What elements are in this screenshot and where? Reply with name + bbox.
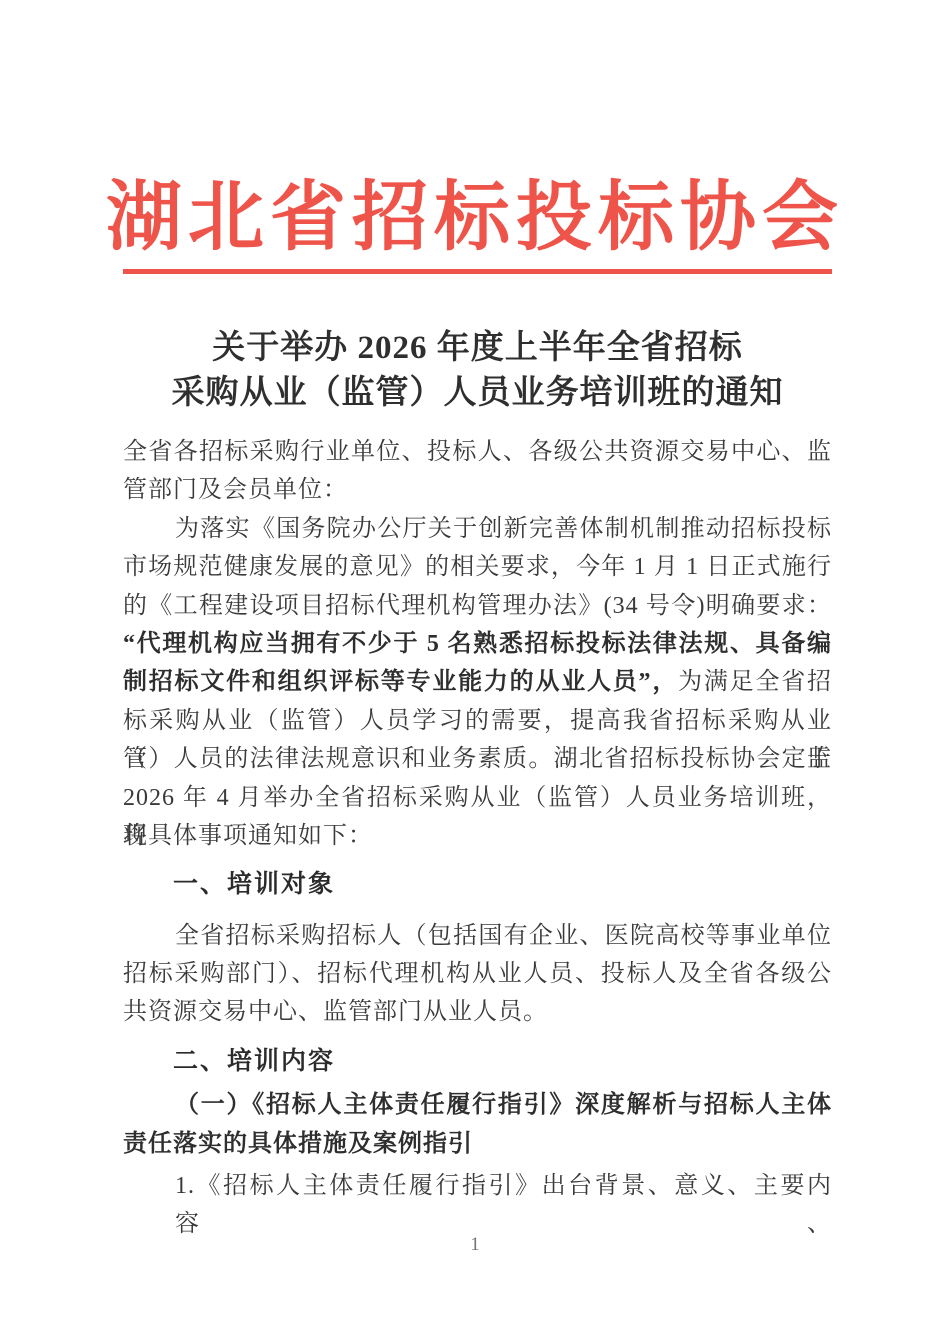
- quote-segment: 制招标文件和组织评标等专业能力的从业人员”，: [123, 669, 678, 695]
- document-page: 湖北省招标投标协会 关于举办 2026 年度上半年全省招标 采购从业（监管）人员…: [0, 0, 950, 1344]
- doc-title-line-1: 关于举办 2026 年度上半年全省招标: [123, 326, 832, 371]
- section-heading-2: 二、培训内容: [123, 1042, 832, 1080]
- body-line: 市场规范健康发展的意见》的相关要求，今年 1 月 1 日正式施行: [123, 548, 832, 586]
- doc-body: 全省各招标采购行业单位、投标人、各级公共资源交易中心、监 管部门及会员单位： 为…: [123, 433, 832, 1205]
- body-line: 共资源交易中心、监管部门从业人员。: [123, 993, 832, 1031]
- section-heading-1: 一、培训对象: [123, 865, 832, 903]
- page-number: 1: [0, 1233, 950, 1257]
- body-line: 将具体事项通知如下：: [123, 817, 832, 855]
- doc-title-line-2: 采购从业（监管）人员业务培训班的通知: [123, 371, 832, 416]
- body-line: 全省招标采购招标人（包括国有企业、医院高校等事业单位: [123, 917, 832, 955]
- body-line: 2026 年 4 月举办全省招标采购从业（监管）人员业务培训班，现: [123, 779, 832, 817]
- body-line: 招标采购部门）、招标代理机构从业人员、投标人及全省各级公: [123, 955, 832, 993]
- body-line-quote: “代理机构应当拥有不少于 5 名熟悉招标投标法律法规、具备编: [123, 625, 832, 663]
- body-line: 的《工程建设项目招标代理机构管理办法》(34 号令)明确要求：: [123, 587, 832, 625]
- doc-title: 关于举办 2026 年度上半年全省招标 采购从业（监管）人员业务培训班的通知: [123, 326, 832, 416]
- subsection-heading-line-1: （一）《招标人主体责任履行指引》深度解析与招标人主体: [123, 1086, 832, 1124]
- body-line: 管）人员的法律法规意识和业务素质。湖北省招标投标协会定于: [123, 740, 832, 778]
- salutation-line-1: 全省各招标采购行业单位、投标人、各级公共资源交易中心、监: [123, 433, 832, 471]
- salutation-line-2: 管部门及会员单位：: [123, 471, 832, 509]
- body-line: 为落实《国务院办公厅关于创新完善体制机制推动招标投标: [123, 510, 832, 548]
- body-line-quote: 制招标文件和组织评标等专业能力的从业人员”，为满足全省招: [123, 663, 832, 701]
- letterhead-rule: [123, 269, 832, 274]
- letterhead-org-name: 湖北省招标投标协会: [0, 172, 950, 264]
- list-item-line: 1.《招标人主体责任履行指引》出台背景、意义、主要内容、: [123, 1167, 832, 1205]
- body-segment: 为满足全省招: [678, 669, 832, 695]
- body-line: 标采购从业（监管）人员学习的需要，提高我省招标采购从业（监: [123, 702, 832, 740]
- subsection-heading-line-2: 责任落实的具体措施及案例指引: [123, 1125, 832, 1163]
